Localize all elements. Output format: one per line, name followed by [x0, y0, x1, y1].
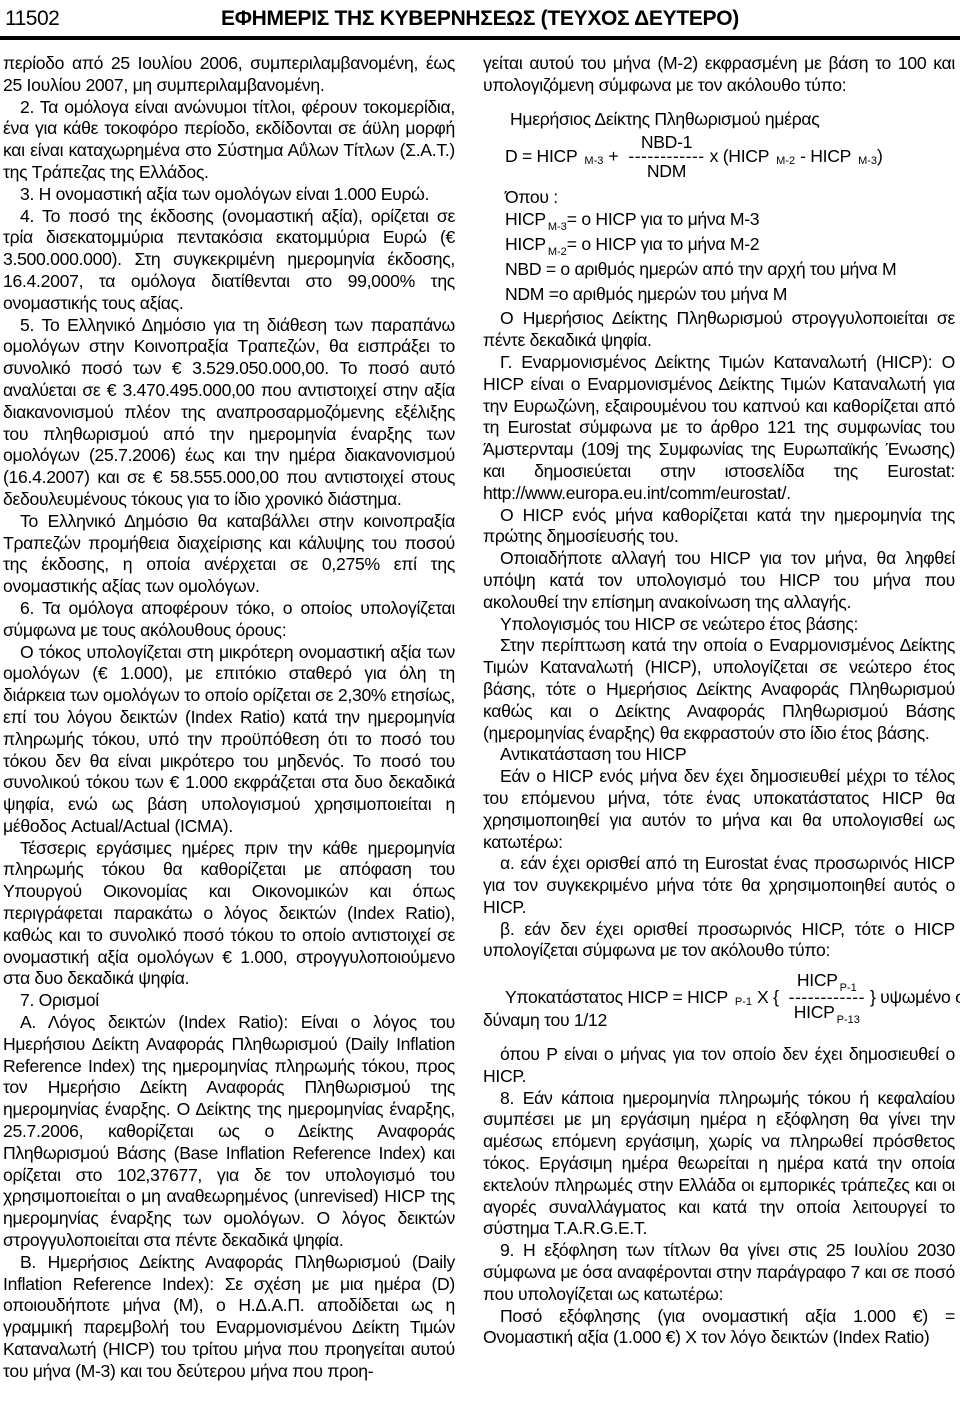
right-column: γείται αυτού του μήνα (Μ-2) εκφρασμένη μ… [483, 53, 955, 1383]
definition-line: HICPM-2= ο HICP για το μήνα Μ-2 [483, 234, 955, 259]
formula-subscript: P-13 [837, 1014, 860, 1026]
minus-term: - HICP [800, 146, 851, 168]
paragraph: Τέσσερις εργάσιμες ημέρες πριν την κάθε … [3, 838, 455, 991]
paragraph: 8. Εάν κάποια ημερομηνία πληρωμής τόκου … [483, 1088, 955, 1241]
definition-term: NDM =ο αριθμός ημερών του μήνα Μ [505, 284, 787, 304]
paragraph: Β. Ημερήσιος Δείκτης Αναφοράς Πληθωρισμο… [3, 1252, 455, 1383]
paragraph: Το Ελληνικό Δημόσιο θα καταβάλλει στην κ… [3, 511, 455, 598]
formula-subscript: M-3 [548, 221, 567, 233]
close-brace-raised: } υψωμένο στη [870, 987, 960, 1009]
denominator-base: HICP [794, 1002, 835, 1022]
where-label: Όπου : [483, 187, 955, 209]
definition-term: NBD = ο αριθμός ημερών από την αρχή του … [505, 259, 896, 279]
daily-inflation-formula-caption: Ημερήσιος Δείκτης Πληθωρισμού ημέρας [483, 109, 955, 131]
paragraph: 5. Το Ελληνικό Δημόσιο για τη διάθεση τω… [3, 315, 455, 511]
paragraph: 2. Τα ομόλογα είναι ανώνυμοι τίτλοι, φέρ… [3, 97, 455, 184]
gazette-page: { "header": { "page_number": "11502", "t… [0, 0, 960, 1425]
paragraph: 6. Τα ομόλογα αποφέρουν τόκο, ο οποίος υ… [3, 598, 455, 642]
page-header: 11502 ΕΦΗΜΕΡΙΣ ΤΗΣ ΚΥΒΕΡΝΗΣΕΩΣ (ΤΕΥΧΟΣ Δ… [0, 0, 960, 36]
definition-line: NBD = ο αριθμός ημερών από την αρχή του … [483, 259, 955, 284]
paragraph: περίοδο από 25 Ιουλίου 2006, συμπεριλαμβ… [3, 53, 455, 97]
document-page: 11502 ΕΦΗΜΕΡΙΣ ΤΗΣ ΚΥΒΕΡΝΗΣΕΩΣ (ΤΕΥΧΟΣ Δ… [0, 0, 960, 1425]
formula-subscript: M-3 [584, 151, 603, 173]
formula-rhs: x (HICP [710, 146, 769, 168]
definition-text: = ο HICP για το μήνα Μ-3 [567, 209, 759, 229]
gazette-title: ΕΦΗΜΕΡΙΣ ΤΗΣ ΚΥΒΕΡΝΗΣΕΩΣ (ΤΕΥΧΟΣ ΔΕΥΤΕΡΟ… [0, 0, 960, 31]
times-open-brace: X { [757, 987, 779, 1009]
paragraph: Υπολογισμός του HICP σε νεώτερο έτος βάσ… [483, 614, 955, 636]
formula-subscript: P-1 [735, 992, 752, 1014]
paragraph: Στην περίπτωση κατά την οποία ο Εναρμονι… [483, 635, 955, 744]
formula-subscript: M-2 [548, 246, 567, 258]
daily-inflation-formula: D = HICP M-3 + NBD-1 ------------ NDM x … [483, 132, 955, 181]
fraction: HICPP-1 ------------ HICPP-13 [789, 970, 865, 1025]
paragraph: 9. Η εξόφληση των τίτλων θα γίνει στις 2… [483, 1240, 955, 1305]
page-number: 11502 [5, 7, 59, 31]
paragraph: Αντικατάσταση του HICP [483, 744, 955, 766]
fraction-denominator: HICPP-13 [794, 1002, 860, 1025]
paragraph: Ο HICP ενός μήνα καθορίζεται κατά την ημ… [483, 505, 955, 549]
power-of-one-twelfth-label: δύναμη του 1/12 [483, 1010, 955, 1032]
formula-lhs: Υποκατάστατος HICP = HICP [505, 987, 728, 1009]
paragraph: Εάν ο HICP ενός μήνα δεν έχει δημοσιευθε… [483, 766, 955, 853]
formula-subscript: P-1 [840, 982, 857, 994]
paragraph: 3. Η ονομαστική αξία των ομολόγων είναι … [3, 184, 455, 206]
definition-term: HICP [505, 209, 546, 229]
plus-operator: + [608, 146, 618, 168]
fraction-denominator: NDM [647, 161, 686, 181]
fraction: NBD-1 ------------ NDM [628, 132, 704, 181]
formula-subscript: M-2 [776, 151, 795, 173]
paragraph: γείται αυτού του μήνα (Μ-2) εκφρασμένη μ… [483, 53, 955, 97]
paragraph: Ποσό εξόφλησης (για ονομαστική αξία 1.00… [483, 1306, 955, 1350]
paragraph: Γ. Εναρμονισμένος Δείκτης Τιμών Καταναλω… [483, 352, 955, 505]
fraction-bar: ------------ [628, 152, 704, 161]
paragraph: Ο τόκος υπολογίζεται στη μικρότερη ονομα… [3, 642, 455, 838]
formula-lhs: D = HICP [505, 146, 577, 168]
paragraph: 7. Ορισμοί [3, 990, 455, 1012]
paragraph: Ο Ημερήσιος Δείκτης Πληθωρισμού στρογγυλ… [483, 308, 955, 352]
definition-text: = ο HICP για το μήνα Μ-2 [567, 234, 759, 254]
paragraph: Οποιαδήποτε αλλαγή του HICP για τον μήνα… [483, 548, 955, 613]
two-column-text: περίοδο από 25 Ιουλίου 2006, συμπεριλαμβ… [0, 40, 960, 1383]
paragraph: 4. Το ποσό της έκδοσης (ονομαστική αξία)… [3, 206, 455, 315]
paragraph: β. εάν δεν έχει ορισθεί προσωρινός HICP,… [483, 919, 955, 963]
paragraph: α. εάν έχει ορισθεί από τη Eurostat ένας… [483, 853, 955, 918]
paragraph: όπου Ρ είναι ο μήνας για τον οποίο δεν έ… [483, 1044, 955, 1088]
closing-paren: ) [877, 146, 883, 168]
formula-subscript: M-3 [858, 151, 877, 173]
definition-line: HICPM-3= ο HICP για το μήνα Μ-3 [483, 209, 955, 234]
paragraph: Α. Λόγος δεικτών (Index Ratio): Είναι ο … [3, 1012, 455, 1252]
left-column: περίοδο από 25 Ιουλίου 2006, συμπεριλαμβ… [3, 53, 455, 1383]
definition-line: NDM =ο αριθμός ημερών του μήνα Μ [483, 284, 955, 309]
fraction-bar: ------------ [789, 993, 865, 1002]
definition-term: HICP [505, 234, 546, 254]
